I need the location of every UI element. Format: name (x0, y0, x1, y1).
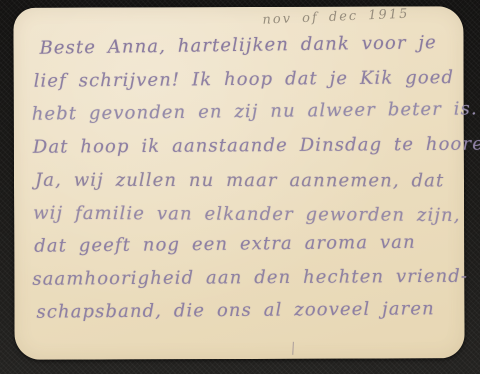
letter-line: dat geeft nog een extra aroma van (34, 225, 454, 262)
letter-card: nov of dec 1915 Beste Anna, hartelijken … (13, 6, 464, 360)
pencil-date-annotation: nov of dec 1915 (262, 7, 409, 28)
letter-line: Beste Anna, hartelijken dank voor je (39, 26, 453, 65)
letter-line: schapsband, die ons al zooveel jaren (36, 292, 454, 329)
letter-line: Dat hoop ik aanstaande Dinsdag te hooren… (33, 128, 454, 164)
letter-line: saamhoorigheid aan den hechten vriend- (32, 260, 454, 296)
letter-line: hebt gevonden en zij nu alweer beter is. (32, 93, 454, 131)
photo-background: nov of dec 1915 Beste Anna, hartelijken … (0, 0, 480, 374)
letter-line: Ja, wij zullen nu maar aannemen, dat (35, 164, 454, 198)
letter-body: Beste Anna, hartelijken dank voor je lie… (31, 30, 454, 328)
stray-pencil-mark (292, 342, 294, 355)
letter-line: lief schrijven! Ik hoop dat je Kik goed (33, 61, 453, 98)
